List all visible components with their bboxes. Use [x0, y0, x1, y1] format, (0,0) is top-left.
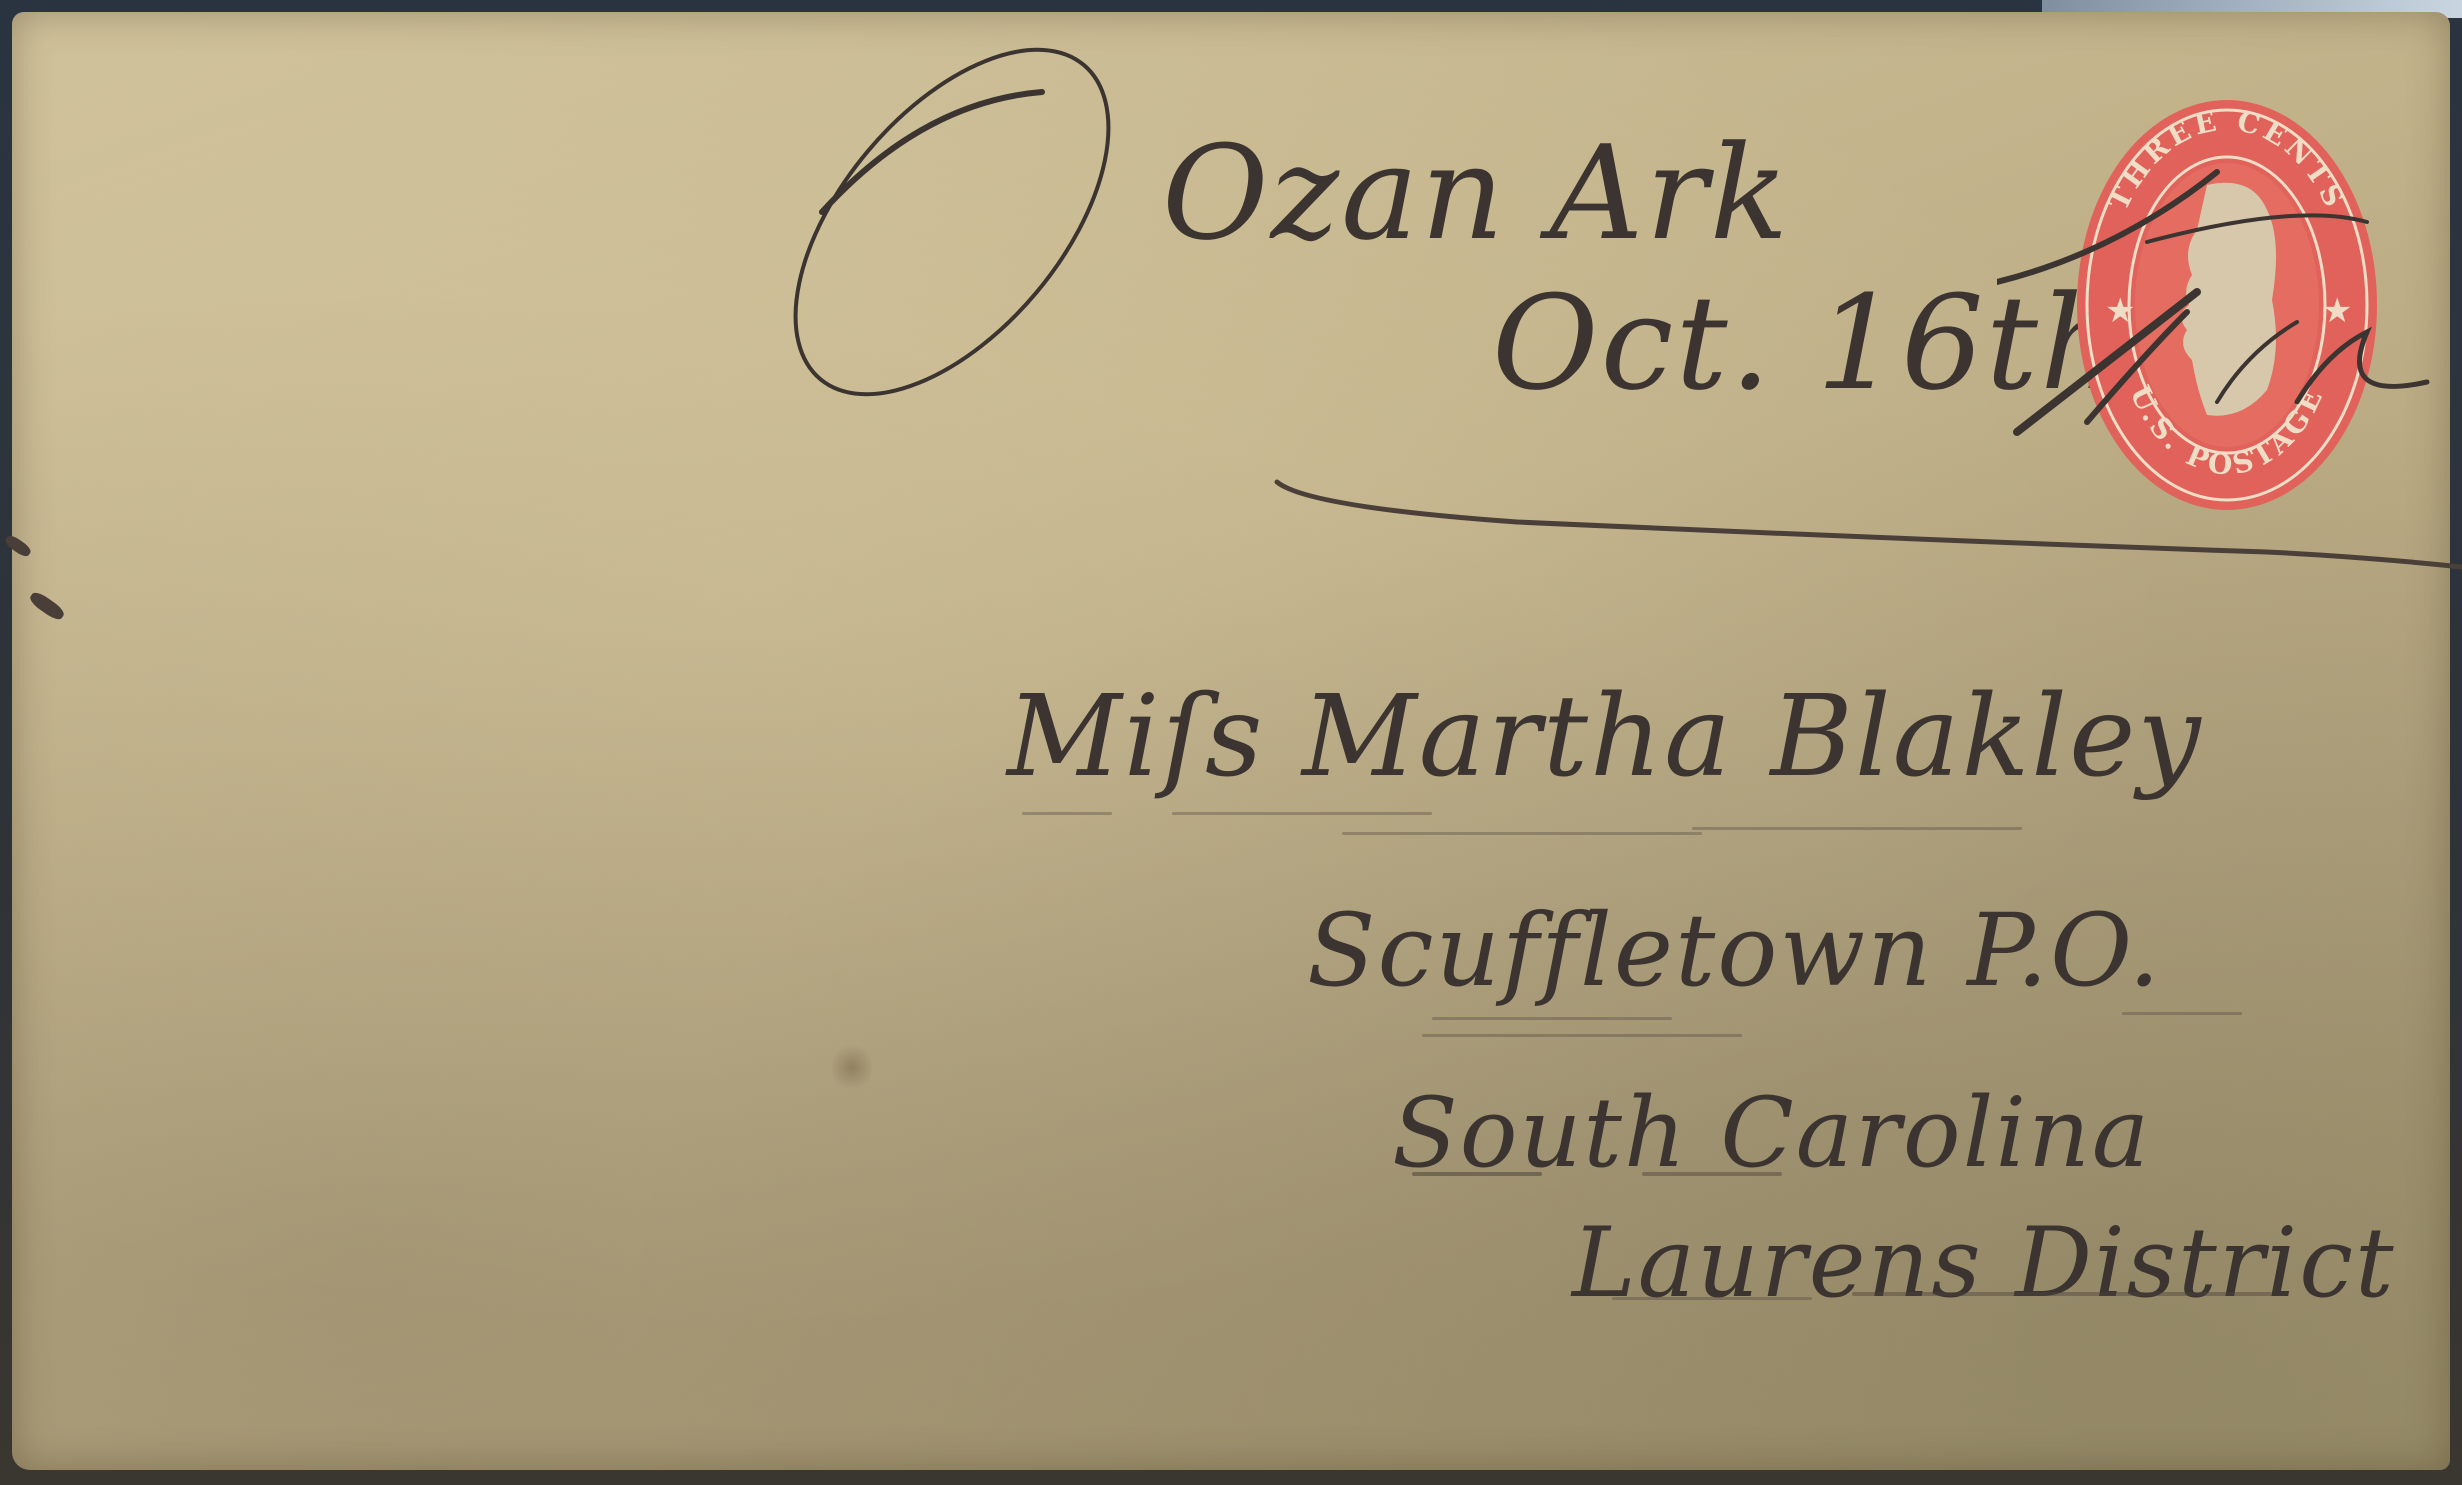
underline [1022, 812, 1112, 815]
underline [1692, 827, 2022, 830]
ozan-o-flourish [702, 32, 1222, 412]
underline [1172, 812, 1432, 815]
address-line-recipient: Miſs Martha Blakley [1007, 672, 2203, 802]
ink-mark [27, 589, 66, 622]
underline [1412, 1172, 1542, 1176]
underline [1432, 1017, 1672, 1020]
date-pen-strokes [1997, 102, 2447, 462]
postmark-origin: Ozan Ark [1162, 117, 1790, 269]
underline [1852, 1292, 2272, 1296]
address-line-town: Scuffletown P.O. [1307, 892, 2162, 1009]
address-line-district: Laurens District [1572, 1207, 2396, 1319]
paper-stain [832, 1042, 872, 1092]
underline [1422, 1034, 1742, 1037]
underline [2122, 1012, 2242, 1015]
ink-mark [3, 533, 33, 559]
underline [1612, 1297, 1812, 1300]
underline [1342, 832, 1702, 835]
underline [1642, 1172, 1782, 1176]
envelope: Ozan Ark Oct. 16th THREE CENTS U.S. POST… [12, 12, 2450, 1470]
